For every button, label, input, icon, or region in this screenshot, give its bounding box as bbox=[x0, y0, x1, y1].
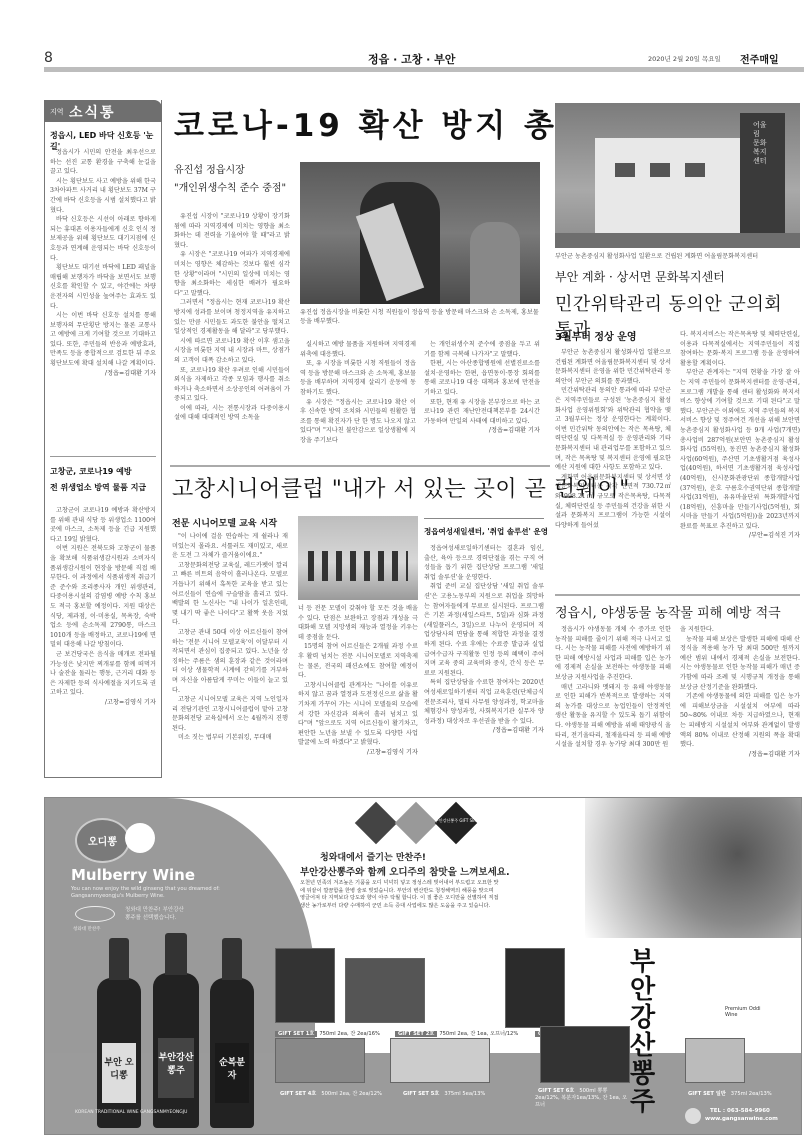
bottle-label: 부안 오디뽕 bbox=[102, 1043, 136, 1103]
paragraph: 시는 이번 바닥 신호등 설치를 통해 보행자의 무단횡단 방지는 물론 교통사… bbox=[50, 311, 156, 369]
sidebar-header: 지역 소식통 bbox=[44, 100, 162, 122]
main-col1: 유진섭 시장이 "코로나19 상황이 장기화됨에 따라 지역경제에 미치는 영향… bbox=[174, 212, 290, 423]
section-divider bbox=[170, 465, 550, 467]
byline: /정읍=김대환 기자 bbox=[680, 750, 800, 760]
paragraph: 이에 따라, 시는 전통시장과 다중이용시설에 대해 대대적인 방역 소독을 bbox=[174, 404, 290, 423]
gift-tag: GIFT SET 5호 bbox=[400, 1091, 442, 1097]
main-subhead-line2: "개인위생수칙 준수 중점" bbox=[174, 180, 286, 198]
paragraph: 미소 짓는 법부터 기본워킹, 무대매 bbox=[172, 733, 288, 743]
gift-set-6: GIFT SET 6호500ml 뽕뽕2ea/12%, 복분자1ea/13%, … bbox=[535, 1088, 630, 1109]
main-col3: 는 개인위생수칙 준수에 중점을 두고 위기를 함께 극복해 나가자"고 말했다… bbox=[424, 340, 540, 436]
paragraph: "이 나이에 걸음 연습하는 게 쉴라나 재미있는지 몰라요. 서툴러도 재미있… bbox=[172, 532, 288, 561]
models-silhouettes bbox=[308, 551, 408, 581]
window bbox=[650, 163, 670, 177]
gift-desc: 750ml 2ea, 잔 1ea, 오프너/12% bbox=[439, 1031, 518, 1037]
byline: /정읍=김대환 기자 bbox=[424, 726, 544, 736]
market-photo bbox=[300, 162, 540, 304]
gift-tag: GIFT SET 6호 bbox=[535, 1088, 577, 1094]
paragraph: 시에 따르면 코로나19 확산 이후 샘고을시장을 비롯한 지역 내 시장과 마… bbox=[174, 337, 290, 366]
paragraph: 고창군 시니어모델 교육은 지역 노인일자리 전담기관인 고창시니어클럽이 맡아… bbox=[172, 695, 288, 733]
gift-tag: GIFT SET 1호 bbox=[275, 1031, 317, 1037]
gift-set-2: GIFT SET 2호750ml 2ea, 잔 1ea, 오프너/12% bbox=[395, 1030, 518, 1037]
vendor-silhouette bbox=[470, 222, 520, 304]
gift-box-5 bbox=[390, 1038, 490, 1083]
ad-tagline-1: You can now enjoy the wild ginseng that … bbox=[71, 886, 220, 892]
brand-logo: 오디뽕 bbox=[75, 818, 130, 863]
paragraph: 시는 횡단보도 사고 예방을 위해 한국3차아파트 사거리 내 횡단보도 37M… bbox=[50, 177, 156, 215]
ad-headline-1: 청와대에서 즐기는 만찬주! bbox=[320, 850, 426, 863]
gift-box-6 bbox=[540, 1026, 630, 1083]
buan-subhead: 3월부터 정상 운영 bbox=[555, 328, 637, 343]
big-brand-sub: Premium Oddi Wine bbox=[725, 1006, 765, 1018]
paragraph: 너 등 전문 모델이 갖춰야 할 모든 것을 배울 수 있다. 단점은 보완하고… bbox=[298, 604, 418, 642]
senior-subhead: 전문 시니어모델 교육 시작 bbox=[172, 516, 277, 529]
byline: /정읍=김대환 기자 bbox=[50, 369, 156, 379]
paragraph: 이번 지원은 전북도와 고창군이 물품을 확보해 식품위생감시원과 소비자식품위… bbox=[50, 544, 156, 650]
bottle-neck bbox=[165, 933, 187, 975]
bottle-neck bbox=[109, 938, 129, 980]
ad-tagline-2: Gangsanmyeongju's Mulberry Wine. bbox=[71, 893, 165, 899]
sidebar-article1-body: 정읍시가 시민의 안전을 최우선으로 하는 선진 교통 환경을 구축해 눈길을 … bbox=[50, 148, 156, 378]
window bbox=[615, 163, 635, 177]
ad-body: 오천년 민족의 겨조높은 기품을 오디 넉넉히 넣고 정성스레 빚어내어 부드럽… bbox=[300, 880, 500, 910]
paragraph: 부안군 관계자는 "지역 현황을 가장 잘 아는 지역 주민들이 문화복지센터를… bbox=[680, 368, 800, 531]
paragraph: 고창군이 코로나19 예방과 확산방지를 위해 관내 식당 등 위생업소 110… bbox=[50, 506, 156, 544]
divider bbox=[424, 518, 544, 519]
paragraph: 매년 고라니와 멧돼지 등 유해 야생동물로 인한 피해가 반복적으로 발생하는… bbox=[555, 683, 671, 750]
sidebar-article2-title-line2: 전 위생업소 방역 물품 지급 bbox=[50, 482, 160, 493]
paragraph: 횡단보도 대기선 바닥에 LED 패널을 매립해 보행자가 바닥을 보면서도 보… bbox=[50, 263, 156, 311]
building-body bbox=[595, 138, 740, 233]
mulberry-diamond-icon bbox=[355, 802, 397, 844]
mascot-icon bbox=[125, 823, 155, 853]
gift-box-7 bbox=[685, 1038, 745, 1083]
ad-tel: TEL : 063-584-9960 bbox=[710, 1108, 770, 1114]
paragraph: 유진섭 시장이 "코로나19 상황이 장기화됨에 따라 지역경제에 미치는 영향… bbox=[174, 212, 290, 250]
gift-set-7: GIFT SET 일반375ml 2ea/13% bbox=[685, 1090, 772, 1097]
sidebar-label-big: 소식통 bbox=[69, 102, 116, 122]
header-rule bbox=[44, 67, 804, 72]
gift-set-4: GIFT SET 4호500ml 2ea, 잔 2ea/12% bbox=[277, 1090, 382, 1097]
gift-desc: 750ml 2ea, 잔 2ea/16% bbox=[319, 1031, 380, 1037]
paragraph: 부안군 농촌중심지 활성화사업 일환으로 건립된 계화면 어울림문화복지센터 및… bbox=[555, 348, 671, 386]
main-col2: 실시하고 예방 물품을 지원하며 지역경제 위축에 대응했다. 또, 유 시장을… bbox=[300, 340, 416, 446]
buan-photo-caption: 부안군 농촌중심지 활성화사업 일환으로 건립된 계화면 어울림문화복지센터 bbox=[555, 252, 800, 261]
bottle-label: 순복분자 bbox=[215, 1043, 249, 1103]
welfare-center-photo: 어울림 문화복지센터 bbox=[555, 103, 800, 248]
divider bbox=[50, 456, 156, 457]
paragraph: 바닥 신호등은 시선이 아래로 향하게 되는 휴대폰 이용자들에게 신호 인식 … bbox=[50, 215, 156, 263]
paragraph: 정읍시가 야생동물 개체 수 증가로 인한 농작물 피해를 줄이기 위해 적극 … bbox=[555, 625, 671, 683]
byline: /고창=김영식 기자 bbox=[298, 748, 418, 758]
gift-desc: 375ml 5ea/13% bbox=[444, 1091, 485, 1097]
paragraph: 또한, 현재 유 시장을 본부장으로 하는 코로나19 관련 재난안전대책본부를… bbox=[424, 398, 540, 427]
paragraph: 정읍시가 시민의 안전을 최우선으로 하는 선진 교통 환경을 구축해 눈길을 … bbox=[50, 148, 156, 177]
gift-tag: GIFT SET 4호 bbox=[277, 1091, 319, 1097]
bottle-odi: 부안 오디뽕 bbox=[97, 978, 141, 1128]
paragraph: 고창시니어클럽 관계자는 "나이를 이유로 하지 않고 꿈과 열정과 도전정신으… bbox=[298, 681, 418, 748]
paragraph: 군 보건당국은 음식을 매개로 전파될 가능성은 낮지만 찌개류를 함께 떠먹거… bbox=[50, 650, 156, 698]
gift-box-3 bbox=[505, 948, 565, 1028]
sidebar-article2-body: 고창군이 코로나19 예방과 확산방지를 위해 관내 식당 등 위생업소 110… bbox=[50, 506, 156, 707]
gift-box-2 bbox=[345, 958, 425, 1023]
senior-headline: 고창시니어클럽 "내가 서 있는 곳이 곧 런웨이" bbox=[172, 472, 630, 503]
sidebar-label-small: 지역 bbox=[50, 107, 64, 117]
blue-house-seal-icon bbox=[75, 906, 115, 922]
paragraph: 고창문화의전당 교육실, 레드카펫이 깔리고 빠른 비트의 음악이 흘러나온다.… bbox=[172, 561, 288, 628]
paragraph: 정읍여성새로일하기센터는 결혼과 임신, 출산, 육아 등으로 경력단절을 겪는… bbox=[424, 544, 544, 582]
wildlife-col1: 정읍시가 야생동물 개체 수 증가로 인한 농작물 피해를 줄이기 위해 적극 … bbox=[555, 625, 671, 750]
issue-date: 2020년 2월 20일 목요일 bbox=[648, 54, 721, 63]
buan-col2: 다. 복지서비스는 작은목욕탕 및 체력단련실, 이용과 다목적실에서는 지역주… bbox=[680, 330, 800, 541]
paragraph: 그러면서 "정읍시는 현재 코로나19 확산 방지에 성과를 보이며 청정지역을… bbox=[174, 298, 290, 336]
wildlife-col2: 을 지원한다. 농작물 피해 보상은 발생한 피해에 대해 산정식을 적용해 농… bbox=[680, 625, 800, 759]
ground bbox=[555, 233, 800, 248]
mulberry-graphic bbox=[585, 798, 802, 938]
gift-box-1 bbox=[275, 948, 335, 1023]
gift-box-4 bbox=[275, 1038, 365, 1083]
gift-tag: GIFT SET 2호 bbox=[395, 1031, 437, 1037]
byline: /부안=김석진 기자 bbox=[680, 531, 800, 541]
ad-headline-2: 부안강산뽕주와 함께 오디주의 참맛을 느껴보세요. bbox=[300, 864, 510, 878]
gift-desc: 375ml 2ea/13% bbox=[731, 1091, 772, 1097]
window bbox=[685, 163, 705, 177]
wildlife-headline: 정읍시, 야생동물 농작물 피해 예방 적극 bbox=[555, 602, 781, 621]
paragraph: 유 시장은 "코로나19 여파가 지역경제에 미치는 영향은 체감하는 것보다 … bbox=[174, 250, 290, 298]
byline: /고창=김영식 기자 bbox=[50, 698, 156, 708]
section-title: 정읍 · 고창 · 부안 bbox=[368, 51, 455, 67]
paragraph: 다. 복지서비스는 작은목욕탕 및 체력단련실, 이용과 다목적실에서는 지역주… bbox=[680, 330, 800, 368]
buan-kicker: 부안 계화 · 상서면 문화복지센터 bbox=[555, 268, 725, 285]
main-headline: 코로나-19 확산 방지 총력 bbox=[174, 100, 592, 145]
big-brand: 부안강산 뽕주 bbox=[630, 948, 670, 1116]
ad-badge: 부안강산뽕주 GIFT SET bbox=[431, 818, 481, 824]
sidebar-article2-title-line1: 고창군, 코로나19 예방 bbox=[50, 466, 160, 477]
women-headline: 정읍여성새일센터, '취업 솔루션' 운영 bbox=[424, 526, 548, 537]
paragraph: 기존에 야생동물에 의한 피해를 입은 농가에 피해보상금을 시설설치 여부에 … bbox=[680, 692, 800, 750]
mulberry-wine-ad: 오디뽕 Mulberry Wine You can now enjoy the … bbox=[44, 797, 802, 1135]
paragraph: 특히 집단상담을 수료한 참여자는 2020년 여성새로일하기센터 직업 교육훈… bbox=[424, 678, 544, 726]
ad-website: www.gangsanwine.com bbox=[705, 1116, 778, 1122]
paragraph: 실시하고 예방 물품을 지원하며 지역경제 위축에 대응했다. bbox=[300, 340, 416, 359]
bottle-ppongju: 부안강산 뽕주 bbox=[153, 973, 199, 1128]
byline: /정읍=김대환 기자 bbox=[424, 426, 540, 436]
newspaper-name: 전주매일 bbox=[740, 51, 779, 66]
paragraph: 한편, 시는 아산종합병원에 선별진료소를 설치·운영하는 한편, 읍면동이·통… bbox=[424, 359, 540, 397]
bottle-bokbunja: 순복분자 bbox=[210, 978, 254, 1128]
senior-col1: "이 나이에 걸음 연습하는 게 쉴라나 재미있는지 몰라요. 서툴러도 재미있… bbox=[172, 532, 288, 743]
company-logo-icon bbox=[685, 1108, 701, 1124]
paragraph: 민간위탁관리 동의안 통과에 따라 부안군은 지역주민들로 구성된 '농촌중심지… bbox=[555, 386, 671, 472]
gift-set-5: GIFT SET 5호375ml 5ea/13% bbox=[400, 1090, 485, 1097]
bottle-label: 부안강산 뽕주 bbox=[158, 1038, 194, 1098]
paragraph: 취업 준비 교실 집단상담 '새일 취업 솔루션'은 고용노동부의 지원으로 취… bbox=[424, 582, 544, 678]
seal-caption: 청와대 만찬주 bbox=[73, 926, 101, 932]
main-subhead-line1: 유진섭 정읍시장 bbox=[174, 162, 245, 180]
paragraph: 15명의 참여 어르신들은 2개월 과정 수료 후 활력 넘치는 전문 시니어모… bbox=[298, 642, 418, 680]
page-number: 8 bbox=[44, 50, 53, 66]
paragraph: 농작물 피해 보상은 발생한 피해에 대해 산정식을 적용해 농가 당 최대 5… bbox=[680, 635, 800, 693]
ad-title: Mulberry Wine bbox=[71, 866, 195, 884]
seal-text: 청와대 만찬주! 부안강산뽕주를 선택했습니다. bbox=[125, 906, 185, 922]
paragraph: 을 지원한다. bbox=[680, 625, 800, 635]
women-body: 정읍여성새로일하기센터는 결혼과 임신, 출산, 육아 등으로 경력단절을 겪는… bbox=[424, 544, 544, 736]
paragraph: 고창군 관내 50대 이상 어르신들이 참여하는 '전문 시니어 모델교육'이 … bbox=[172, 628, 288, 695]
paragraph: 또, 코로나19 확산 우려로 인해 시민들이 외식을 자제하고 각종 모임과 … bbox=[174, 366, 290, 404]
paragraph: 는 개인위생수칙 준수에 중점을 두고 위기를 함께 극복해 나가자"고 말했다… bbox=[424, 340, 540, 359]
senior-col2: 너 등 전문 모델이 갖춰야 할 모든 것을 배울 수 있다. 단점은 보완하고… bbox=[298, 604, 418, 758]
main-photo-caption: 유진섭 정읍시장을 비롯한 시청 직원들이 정읍역 등을 방문해 마스크와 손 … bbox=[300, 308, 540, 326]
footer-brand: KOREAN TRADITIONAL WINE GANGSANMYEONGJU bbox=[75, 1110, 195, 1115]
paragraph: 유 시장은 "정읍시는 코로나19 확산 이후 신속한 방역 조치와 시민들의 … bbox=[300, 398, 416, 446]
senior-model-photo bbox=[298, 516, 418, 600]
paragraph: 또, 유 시장을 비롯한 시청 직원들이 정읍역 등을 방문해 마스크와 손 소… bbox=[300, 359, 416, 397]
gift-set-1: GIFT SET 1호750ml 2ea, 잔 2ea/16% bbox=[275, 1030, 380, 1037]
gift-desc: 500ml 2ea, 잔 2ea/12% bbox=[321, 1091, 382, 1097]
bottle-neck bbox=[222, 938, 242, 980]
building-sign: 어울림 문화복지센터 bbox=[753, 121, 767, 166]
section-divider bbox=[555, 594, 800, 596]
gift-tag: GIFT SET 일반 bbox=[685, 1091, 729, 1097]
